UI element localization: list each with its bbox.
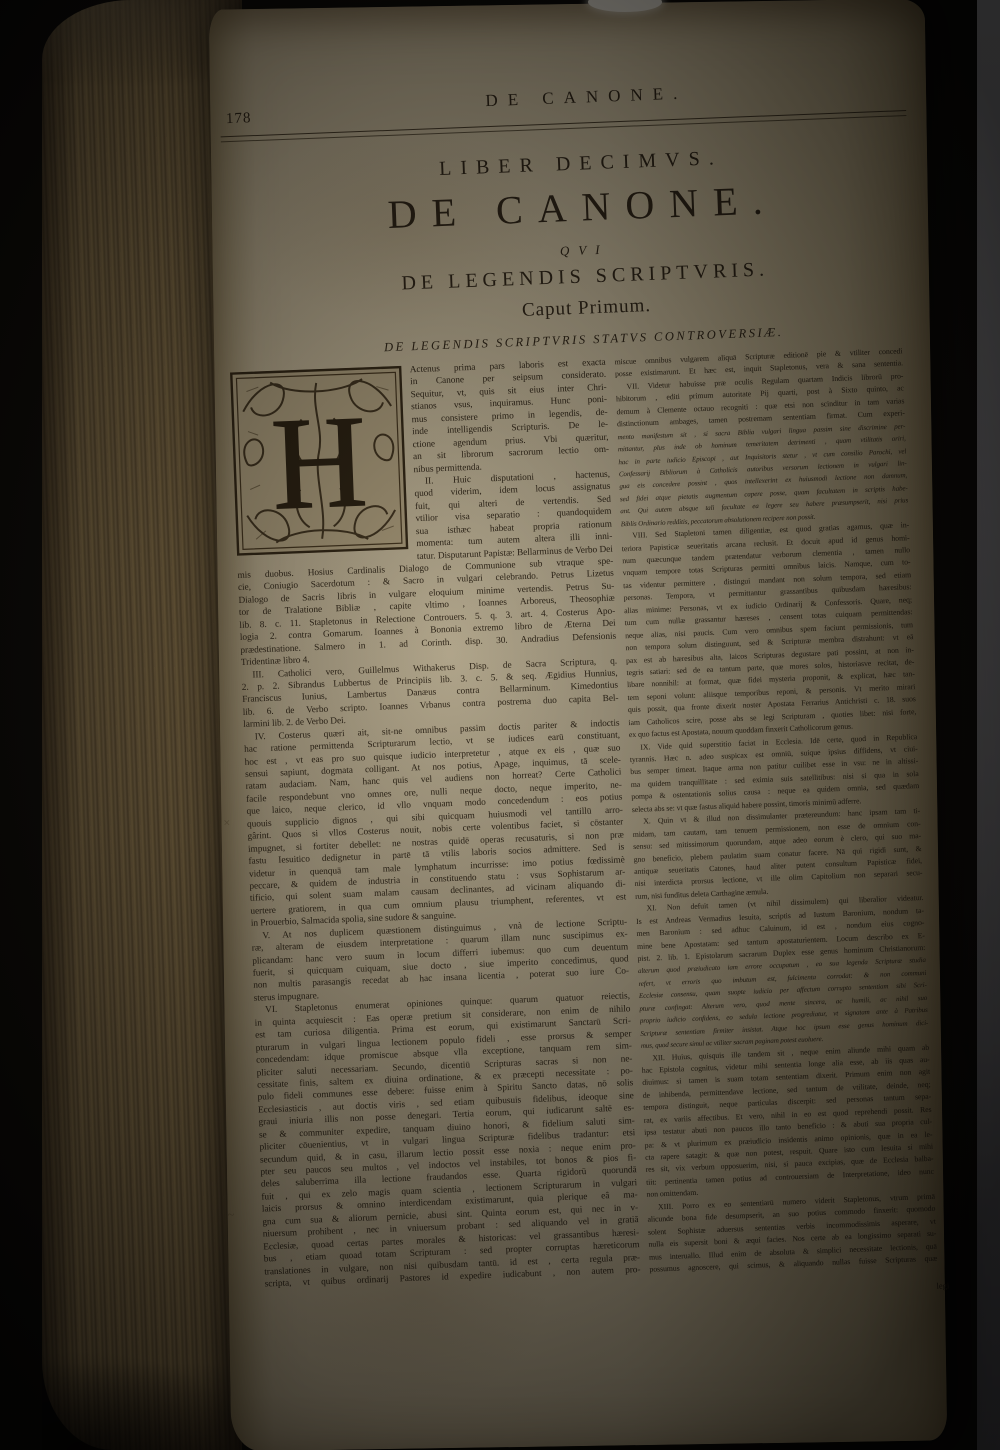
margin-mark: ~ (228, 1207, 235, 1222)
column-left: H Actenus prima pars laboris est exactai… (230, 357, 641, 1291)
adjacent-page-edge-strip (977, 0, 1000, 1450)
title-block: LIBER DECIMVS. DE CANONE. QVI DE LEGENDI… (238, 139, 930, 332)
woodcut-initial-H-icon: H (230, 366, 409, 556)
column-right: miscue omnibus vulgarem aliquā Scripturæ… (614, 345, 937, 1276)
margin-mark: × (223, 815, 230, 830)
text-columns: H Actenus prima pars laboris est exactai… (230, 345, 951, 1291)
page-content: 178 DE CANONE. LIBER DECIMVS. DE CANONE.… (200, 0, 965, 1317)
svg-text:H: H (269, 387, 370, 538)
book-page: × ~ 178 DE CANONE. LIBER DECIMVS. DE CAN… (209, 0, 948, 1450)
